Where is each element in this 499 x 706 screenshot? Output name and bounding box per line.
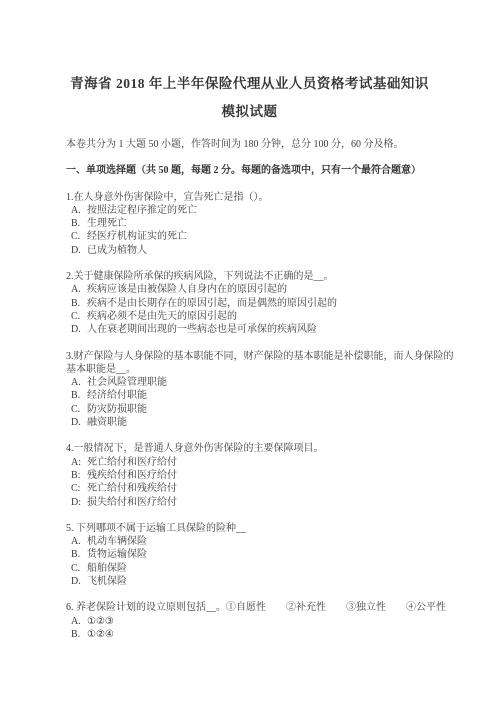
option-label: D: <box>71 496 87 509</box>
option-label: C. <box>71 403 87 416</box>
question-text: 1.在人身意外伤害保险中，宣告死亡是指（）。 <box>66 191 486 204</box>
option-text: 社会风险管理职能 <box>87 377 167 388</box>
option-label: B. <box>71 217 87 230</box>
document-page: 青海省 2018 年上半年保险代理从业人员资格考试基础知识 模拟试题 本卷共分为… <box>0 0 499 706</box>
question-4: 4.一般情况下，是普通人身意外伤害保险的主要保障项目。 A:死亡给付和医疗给付 … <box>66 442 486 508</box>
option-label: A: <box>71 456 87 469</box>
option-label: D. <box>71 416 87 429</box>
option-text: 经医疗机构证实的死亡 <box>87 231 187 242</box>
option-d: D.已成为植物人 <box>66 244 486 257</box>
option-text: 已成为植物人 <box>87 245 147 256</box>
option-text: 疾病必须不是由先天的原因引起的 <box>87 311 237 322</box>
document-title: 青海省 2018 年上半年保险代理从业人员资格考试基础知识 模拟试题 <box>0 0 499 126</box>
option-b: B.疾病不是由长期存在的原因引起，而是偶然的原因引起的 <box>66 297 486 310</box>
option-text: 死亡给付和残疾给付 <box>87 483 177 494</box>
option-label: D. <box>71 244 87 257</box>
question-text: 2.关于健康保险所承保的疾病风险，下列说法不正确的是__。 <box>66 270 486 283</box>
option-label: B. <box>71 548 87 561</box>
option-label: A. <box>71 204 87 217</box>
question-1: 1.在人身意外伤害保险中，宣告死亡是指（）。 A.按照法定程序推定的死亡 B.生… <box>66 191 486 257</box>
question-text: 3.财产保险与人身保险的基本职能不同，财产保险的基本职能是补偿职能，而人身保险的… <box>66 350 486 377</box>
option-label: A. <box>71 283 87 296</box>
option-c: C:死亡给付和残疾给付 <box>66 482 486 495</box>
question-6: 6. 养老保险计划的设立原则包括__。①自愿性 ②补充性 ③独立性 ④公平性 A… <box>66 601 486 641</box>
option-text: 死亡给付和医疗给付 <box>87 457 177 468</box>
option-d: D.飞机保险 <box>66 575 486 588</box>
option-text: 融资职能 <box>87 417 127 428</box>
option-text: ①②③ <box>87 616 114 627</box>
option-text: 疾病不是由长期存在的原因引起，而是偶然的原因引起的 <box>87 298 337 309</box>
option-text: 船舶保险 <box>87 563 127 574</box>
question-5: 5. 下列哪项不属于运输工具保险的险种__ A.机动车辆保险 B.货物运输保险 … <box>66 522 486 588</box>
option-c: C.疾病必须不是由先天的原因引起的 <box>66 310 486 323</box>
option-b: B.货物运输保险 <box>66 548 486 561</box>
question-text: 6. 养老保险计划的设立原则包括__。①自愿性 ②补充性 ③独立性 ④公平性 <box>66 601 486 614</box>
option-label: B. <box>71 628 87 641</box>
option-d: D.人在衰老期间出现的一些病态也是可承保的疾病风险 <box>66 323 486 336</box>
option-b: B.经济给付职能 <box>66 389 486 402</box>
option-label: C: <box>71 482 87 495</box>
option-label: B. <box>71 389 87 402</box>
option-c: C.经医疗机构证实的死亡 <box>66 230 486 243</box>
option-text: 机动车辆保险 <box>87 536 147 547</box>
option-a: A.机动车辆保险 <box>66 535 486 548</box>
option-text: 飞机保险 <box>87 576 127 587</box>
option-d: D.融资职能 <box>66 416 486 429</box>
exam-info: 本卷共分为 1 大题 50 小题，作答时间为 180 分钟，总分 100 分，6… <box>66 138 486 151</box>
option-b: B.生理死亡 <box>66 217 486 230</box>
option-text: 疾病应该是由被保险人自身内在的原因引起的 <box>87 284 287 295</box>
question-text: 4.一般情况下，是普通人身意外伤害保险的主要保障项目。 <box>66 442 486 455</box>
option-text: 货物运输保险 <box>87 549 147 560</box>
option-label: A. <box>71 535 87 548</box>
option-a: A.①②③ <box>66 615 486 628</box>
option-a: A.社会风险管理职能 <box>66 376 486 389</box>
option-text: 经济给付职能 <box>87 390 147 401</box>
option-b: B.①②④ <box>66 628 486 641</box>
option-text: 生理死亡 <box>87 218 127 229</box>
option-d: D:损失给付和医疗给付 <box>66 496 486 509</box>
document-body: 本卷共分为 1 大题 50 小题，作答时间为 180 分钟，总分 100 分，6… <box>0 126 499 641</box>
option-label: B: <box>71 469 87 482</box>
option-a: A.按照法定程序推定的死亡 <box>66 204 486 217</box>
option-text: 按照法定程序推定的死亡 <box>87 205 197 216</box>
option-label: C. <box>71 230 87 243</box>
option-label: D. <box>71 323 87 336</box>
question-text: 5. 下列哪项不属于运输工具保险的险种__ <box>66 522 486 535</box>
question-3: 3.财产保险与人身保险的基本职能不同，财产保险的基本职能是补偿职能，而人身保险的… <box>66 350 486 430</box>
option-text: 残疾给付和医疗给付 <box>87 470 177 481</box>
option-label: A. <box>71 376 87 389</box>
document-title-line-1: 青海省 2018 年上半年保险代理从业人员资格考试基础知识 <box>0 70 499 98</box>
option-text: ①②④ <box>87 629 114 640</box>
option-a: A.疾病应该是由被保险人自身内在的原因引起的 <box>66 283 486 296</box>
option-c: C.防灾防损职能 <box>66 403 486 416</box>
section-heading: 一、单项选择题（共 50 题，每题 2 分。每题的备选项中，只有一个最符合题意） <box>66 164 486 177</box>
option-c: C.船舶保险 <box>66 562 486 575</box>
option-label: B. <box>71 297 87 310</box>
option-label: C. <box>71 562 87 575</box>
option-label: A. <box>71 615 87 628</box>
option-text: 防灾防损职能 <box>87 404 147 415</box>
option-label: C. <box>71 310 87 323</box>
question-2: 2.关于健康保险所承保的疾病风险，下列说法不正确的是__。 A.疾病应该是由被保… <box>66 270 486 336</box>
document-title-line-2: 模拟试题 <box>0 98 499 126</box>
option-a: A:死亡给付和医疗给付 <box>66 456 486 469</box>
option-b: B:残疾给付和医疗给付 <box>66 469 486 482</box>
option-text: 人在衰老期间出现的一些病态也是可承保的疾病风险 <box>87 324 317 335</box>
option-text: 损失给付和医疗给付 <box>87 497 177 508</box>
option-label: D. <box>71 575 87 588</box>
